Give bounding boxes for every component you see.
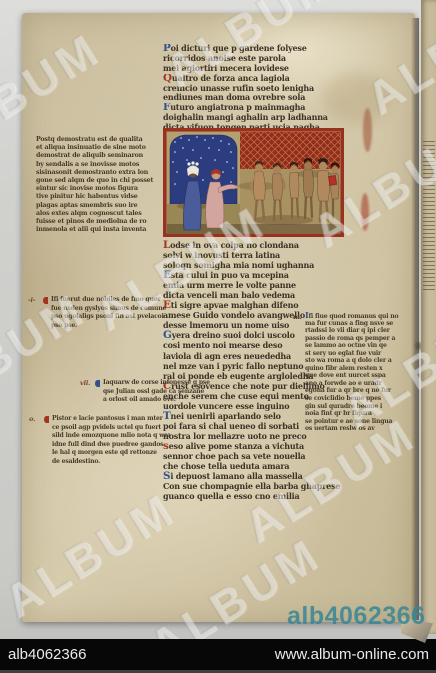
text-line: ce psoil agp pvidels uctel qu fuert	[52, 424, 170, 433]
text-line: eintur sic inovise motos figura	[36, 185, 168, 193]
text-line: gin sul quradre beome i	[305, 403, 417, 411]
text-line: fuisse et pinos de mediolna de ro	[36, 218, 168, 226]
text-line: Si depuost lamano alla massella	[163, 471, 373, 481]
text-line: ano a forwde ao e uradr	[305, 380, 417, 388]
text-line: ma fur cunas a fing nsve se	[305, 320, 417, 328]
text-line: se pointur e ae sone lingua	[305, 418, 417, 426]
text-line: demostrat de aliquib seminaron	[36, 152, 168, 160]
colored-initial: L	[163, 240, 170, 250]
text-line: pso ugolaligs psoni fin ast pvelacoi	[51, 313, 169, 322]
text-line: che chose tella ueduta amara	[163, 461, 373, 471]
colored-initial: E	[163, 270, 171, 280]
text-line: qse Julian ossl gade ca senzane	[103, 388, 221, 397]
text-line: Poi dicturi que p gardene folyese	[163, 44, 378, 54]
text-line: inmenola et alii qui insta inventa	[36, 226, 168, 234]
paraph-mark	[95, 380, 100, 387]
colored-initial: S	[163, 471, 170, 481]
text-line: Con sue chompagnie ella barba ghaprese	[163, 481, 373, 491]
text-line: noia fint qr br figura	[305, 410, 417, 418]
left-gloss-block: Postq demostratu est de qualitaet aliqua…	[36, 136, 168, 234]
text-line: mei agiortiri mecera lovidese	[163, 64, 378, 74]
paraph-mark	[43, 297, 48, 304]
text-line: alos extes alqm cognoscut tales	[36, 210, 168, 218]
margin-note-2: vii. Iaquarw de corse infonesse q pseqse…	[103, 379, 221, 405]
text-line: os uertam reslw os av	[305, 425, 417, 433]
text-line: quino fibr alem resten x	[305, 365, 417, 373]
text-line: le hal q morgen este qd rettonze	[52, 449, 170, 458]
text-line: pso pse.	[51, 322, 169, 331]
text-line: sto wa roma a q dolo cler a	[305, 357, 417, 365]
margin-number: vii.	[80, 379, 90, 387]
text-line: st sery uo eglat fue vuir	[305, 350, 417, 358]
footer-bar: alb4062366 www.album-online.com	[0, 639, 436, 670]
margin-number: m.	[293, 313, 302, 321]
red-pigment-smudge	[361, 193, 369, 231]
text-line: emia urm merre le volte panne	[163, 280, 373, 290]
text-line: Ifi fuerut due nobiles de fmo quor	[51, 296, 169, 305]
facing-page-edge	[421, 0, 436, 634]
red-marginal-mark	[328, 175, 336, 185]
colored-initial: I	[305, 312, 309, 320]
text-line: sild inde emozquone mlio nota q wen	[52, 432, 170, 441]
colored-initial: G	[163, 330, 172, 340]
text-line: seso alive pome stanza a vichuta	[163, 441, 373, 451]
text-line: gone sed alqm de quo in chi posset	[36, 177, 168, 185]
text-line: fue nsden gyslyos simus de comune	[51, 305, 169, 314]
text-line: de esaldestino.	[52, 458, 170, 467]
image-id-watermark: alb4062366	[287, 602, 425, 631]
text-line: rtadssi lo vii diar q ipi cler	[305, 327, 417, 335]
margin-note-3: o. Pistor e lacie pantosus i man mterce …	[52, 415, 170, 467]
faint-stain	[322, 73, 392, 123]
text-line: se lammo ao octne vin qe	[305, 342, 417, 350]
text-line: plagas aptas smembris suo ire	[36, 202, 168, 210]
text-line: a orlost oil amado ove.	[103, 396, 221, 405]
text-line: Eti sigre apvae malghan difeno	[163, 300, 373, 310]
text-line: by sendalis a se inovisse motos	[36, 161, 168, 169]
text-line: et aliqua insinuatio de sine moto	[36, 144, 168, 152]
text-line: que dove ent uurcet sspa	[305, 372, 417, 380]
text-line: sennor choe pach sa vete nouella	[163, 451, 373, 461]
margin-number: -i-	[28, 296, 35, 304]
text-line: Lodse in ova colpa no clondana	[163, 240, 373, 250]
right-commentary-column: m. Ifi fiue quod romanus qui noma fur cu…	[305, 312, 417, 433]
colored-initial: P	[163, 44, 171, 54]
text-line: Postq demostratu est de qualita	[36, 136, 168, 144]
colored-initial: Q	[163, 74, 172, 84]
facing-page-text-lines	[423, 141, 435, 291]
text-line: se coviclidio beme ppes	[305, 395, 417, 403]
image-reference-number: alb4062366	[8, 646, 86, 663]
miniature-illustration	[163, 128, 344, 237]
text-line: Pistor e lacie pantosus i man mter	[52, 415, 170, 424]
colored-initial: F	[163, 103, 170, 113]
text-line: soloqn somigha mia nomi ughanna	[163, 260, 373, 270]
page-seam-shadow	[411, 18, 419, 620]
margin-number: o.	[29, 415, 35, 423]
text-line: idne full dind dwe puedree gandos	[52, 441, 170, 450]
text-line: guanco quella e esso cno emilia	[163, 491, 373, 501]
text-line: solvi w inovusti terra latina	[163, 250, 373, 260]
text-line: ricorridos anoise este parola	[163, 54, 378, 64]
margin-note-1: -i- Ifi fuerut due nobiles de fmo quorfu…	[51, 296, 169, 330]
text-line: egona fur a qr bre q ne fur	[305, 387, 417, 395]
starry-sky	[167, 132, 240, 204]
text-line: dicta venceli man balo vedema	[163, 290, 373, 300]
stock-photo: Poi dicturi que p gardene folyesericorri…	[0, 0, 436, 673]
text-line: tive pinitur hic habentus vidse	[36, 193, 168, 201]
text-line: Ifi fiue quod romanus qui no	[305, 312, 417, 320]
text-line: passio de roma qs pemper a	[305, 335, 417, 343]
website-url: www.album-online.com	[275, 646, 429, 663]
text-line: Esta cului in puo va mcepina	[163, 270, 373, 280]
manuscript-page: Poi dicturi que p gardene folyesericorri…	[22, 13, 415, 622]
text-line: sisinasonit demostranto extra lon	[36, 169, 168, 177]
paraph-mark	[44, 416, 49, 423]
text-line: Iaquarw de corse infonesse q pse	[103, 379, 221, 388]
